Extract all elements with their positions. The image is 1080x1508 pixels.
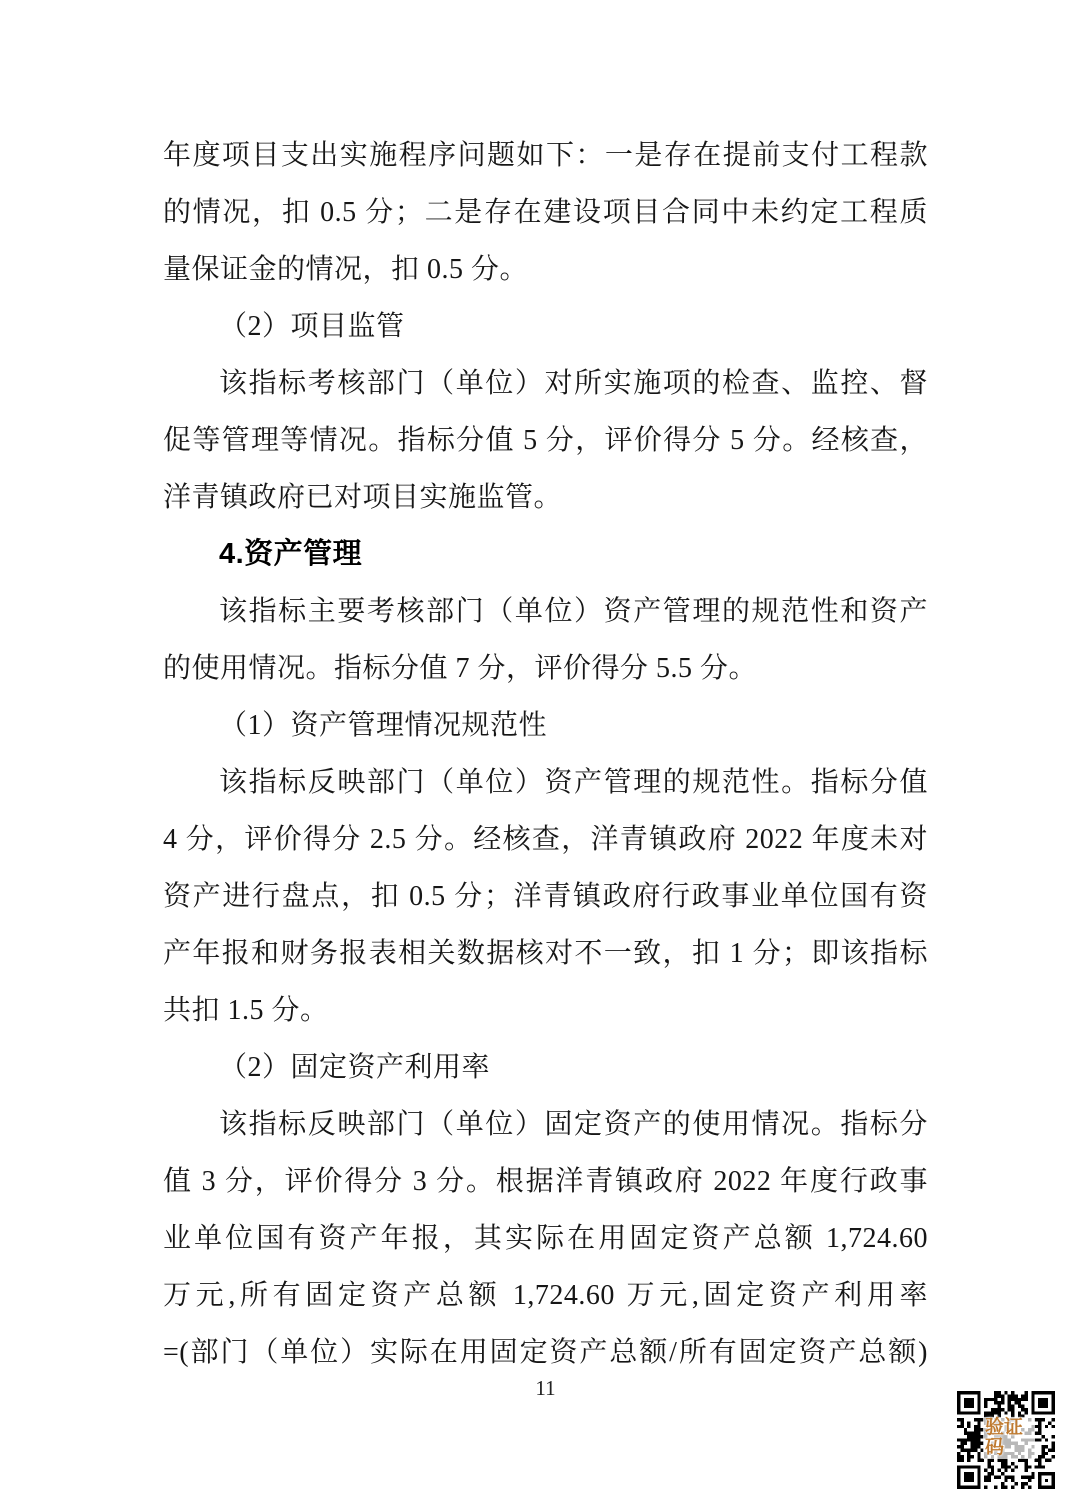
text-line: 洋青镇政府已对项目实施监管。 (163, 469, 928, 526)
text-line: 的使用情况。指标分值 7 分，评价得分 5.5 分。 (163, 640, 928, 697)
text-line: 共扣 1.5 分。 (163, 982, 928, 1039)
section-heading: （2）固定资产利用率 (163, 1039, 928, 1096)
text-line: 值 3 分，评价得分 3 分。根据洋青镇政府 2022 年度行政事 (163, 1153, 928, 1210)
text-line: 该指标反映部门（单位）资产管理的规范性。指标分值 (163, 754, 928, 811)
text-line: 该指标考核部门（单位）对所实施项的检查、监控、督 (163, 355, 928, 412)
text-line: 年度项目支出实施程序问题如下：一是存在提前支付工程款 (163, 127, 928, 184)
text-line: 该指标反映部门（单位）固定资产的使用情况。指标分 (163, 1096, 928, 1153)
text-line: 产年报和财务报表相关数据核对不一致，扣 1 分；即该指标 (163, 925, 928, 982)
text-line: =(部门（单位）实际在用固定资产总额/所有固定资产总额) (163, 1324, 928, 1381)
section-heading: （2）项目监管 (163, 298, 928, 355)
text-line: 量保证金的情况，扣 0.5 分。 (163, 241, 928, 298)
section-heading: 4.资产管理 (163, 526, 928, 583)
qr-label-line1: 验证 (985, 1417, 1023, 1438)
text-line: 4 分，评价得分 2.5 分。经核查，洋青镇政府 2022 年度未对 (163, 811, 928, 868)
page-number: 11 (163, 1374, 928, 1402)
document-text-block: 年度项目支出实施程序问题如下：一是存在提前支付工程款 的情况，扣 0.5 分；二… (163, 127, 928, 1381)
text-line: 业单位国有资产年报，其实际在用固定资产总额 1,724.60 (163, 1210, 928, 1267)
section-heading: （1）资产管理情况规范性 (163, 697, 928, 754)
text-line: 促等管理等情况。指标分值 5 分，评价得分 5 分。经核查， (163, 412, 928, 469)
qr-code: 验证 码 (957, 1391, 1055, 1489)
text-line: 万元,所有固定资产总额 1,724.60 万元,固定资产利用率 (163, 1267, 928, 1324)
qr-verification-label: 验证 码 (983, 1417, 1035, 1459)
text-line: 资产进行盘点，扣 0.5 分；洋青镇政府行政事业单位国有资 (163, 868, 928, 925)
qr-label-line2: 码 (985, 1438, 1033, 1458)
text-line: 该指标主要考核部门（单位）资产管理的规范性和资产 (163, 583, 928, 640)
text-line: 的情况，扣 0.5 分；二是存在建设项目合同中未约定工程质 (163, 184, 928, 241)
document-page: 年度项目支出实施程序问题如下：一是存在提前支付工程款 的情况，扣 0.5 分；二… (0, 0, 1080, 1508)
